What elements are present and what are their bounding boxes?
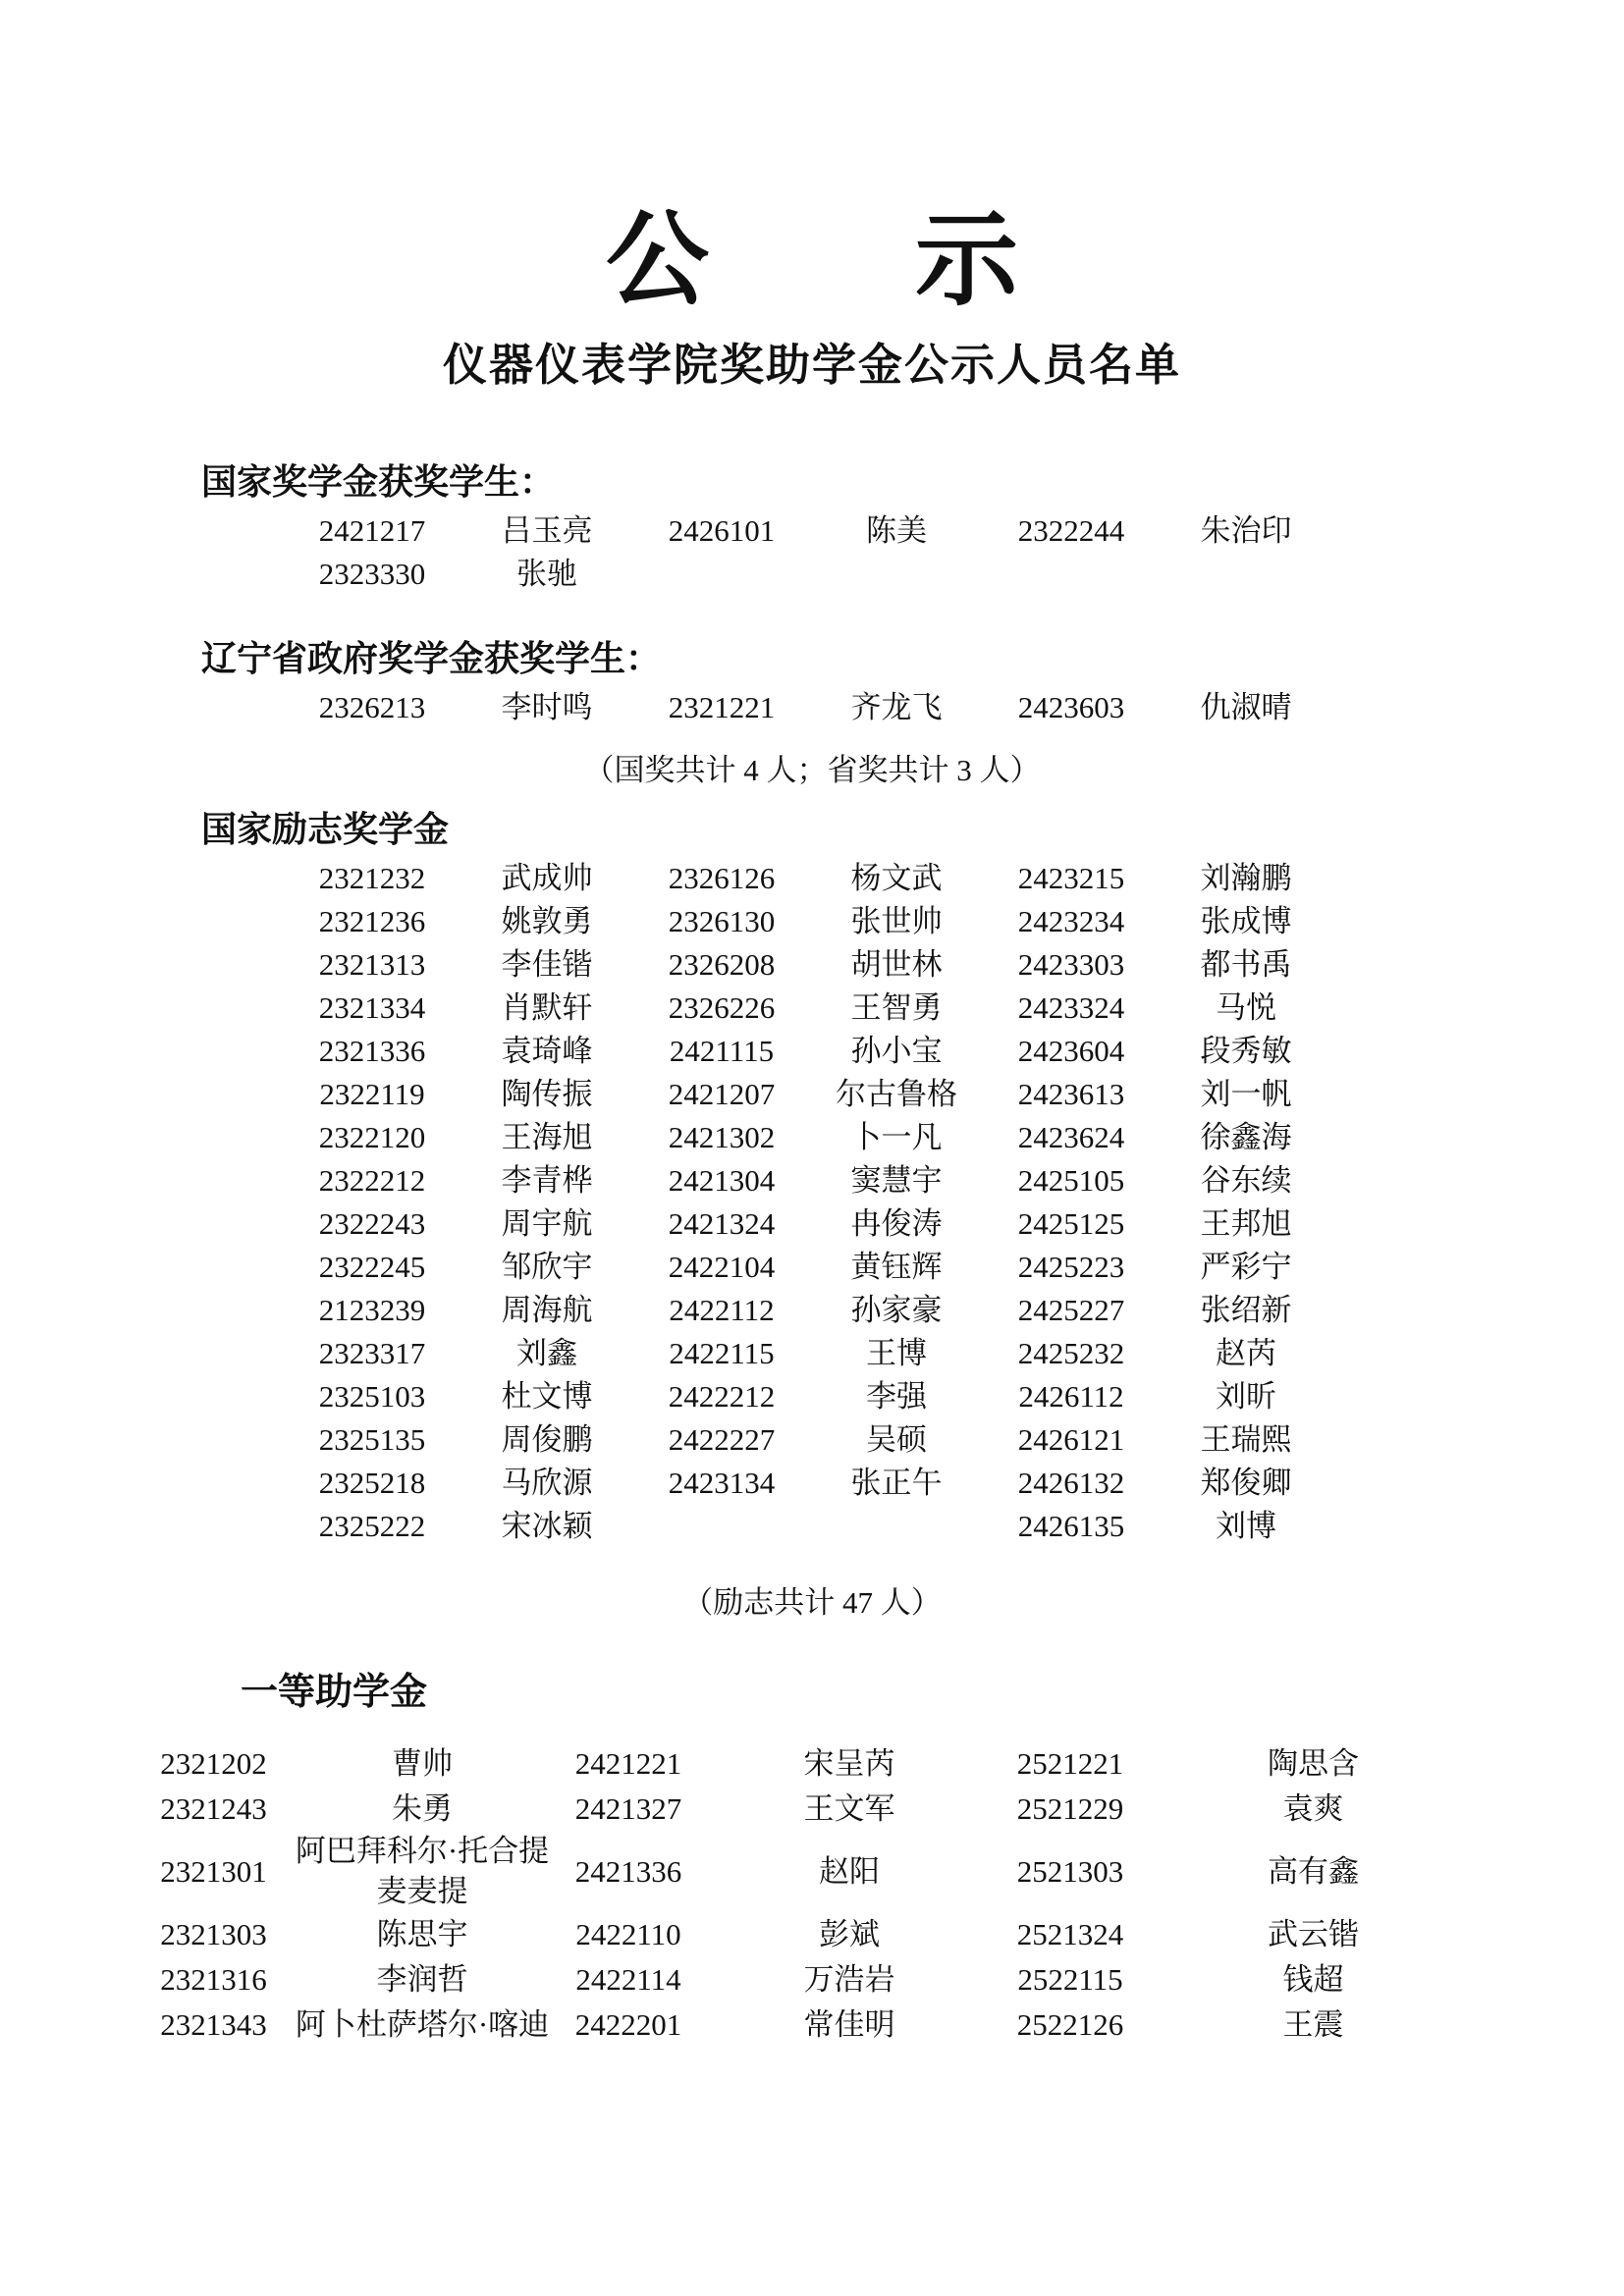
student-name: 黄钰辉 — [809, 1246, 984, 1289]
student-id: 2421327 — [555, 1789, 702, 1829]
student-name — [809, 1505, 984, 1548]
student-name: 胡世林 — [809, 943, 984, 987]
student-id: 2426101 — [634, 509, 809, 553]
student-id: 2325135 — [285, 1418, 460, 1462]
table-row: 2325218马欣源2423134张正午2426132郑俊卿 — [285, 1462, 1624, 1505]
student-name: 王震 — [1144, 2004, 1483, 2045]
student-name: 李佳锴 — [460, 943, 634, 987]
student-id: 2421221 — [555, 1743, 702, 1784]
student-name: 阿巴拜科尔·托合提麦麦提 — [290, 1831, 555, 1911]
table-row: 2321343阿卜杜萨塔尔·喀迪2422201常佳明2522126王震 — [137, 2002, 1624, 2047]
student-id: 2321236 — [285, 900, 460, 943]
table-row: 2321303陈思宇2422110彭斌2521324武云锴 — [137, 1911, 1624, 1956]
student-id: 2323317 — [285, 1332, 460, 1375]
student-id: 2422227 — [634, 1418, 809, 1462]
table-row: 2321202曹帅2421221宋呈芮2521221陶思含 — [137, 1740, 1624, 1786]
student-id: 2425105 — [984, 1159, 1159, 1202]
student-name: 王博 — [809, 1332, 984, 1375]
student-id: 2423215 — [984, 857, 1159, 900]
student-id: 2426132 — [984, 1462, 1159, 1505]
table-row: 2321301阿巴拜科尔·托合提麦麦提2421336赵阳2521303高有鑫 — [137, 1831, 1624, 1911]
student-id: 2425227 — [984, 1289, 1159, 1332]
student-name: 杨文武 — [809, 857, 984, 900]
student-name: 马悦 — [1159, 987, 1333, 1030]
student-name: 齐龙飞 — [809, 686, 984, 729]
student-name: 李时鸣 — [460, 686, 634, 729]
student-name: 王智勇 — [809, 987, 984, 1030]
student-name: 高有鑫 — [1144, 1851, 1483, 1892]
student-id: 2521303 — [997, 1851, 1144, 1892]
student-name: 周海航 — [460, 1289, 634, 1332]
student-name: 郑俊卿 — [1159, 1462, 1333, 1505]
student-name: 都书禹 — [1159, 943, 1333, 987]
table-row: 2322119陶传振2421207尔古鲁格2423613刘一帆 — [285, 1073, 1624, 1116]
student-name: 尔古鲁格 — [809, 1073, 984, 1116]
student-id: 2421217 — [285, 509, 460, 553]
document-subtitle: 仪器仪表学院奖助学金公示人员名单 — [0, 337, 1624, 394]
table-row: 2325135周俊鹏2422227吴硕2426121王瑞熙 — [285, 1418, 1624, 1462]
student-name: 刘瀚鹏 — [1159, 857, 1333, 900]
student-name: 赵芮 — [1159, 1332, 1333, 1375]
student-id: 2325218 — [285, 1462, 460, 1505]
table-row: 2322243周宇航2421324冉俊涛2425125王邦旭 — [285, 1202, 1624, 1246]
table-row: 2322245邹欣宇2422104黄钰辉2425223严彩宁 — [285, 1246, 1624, 1289]
table-row: 2321313李佳锴2326208胡世林2423303都书禹 — [285, 943, 1624, 987]
student-name: 曹帅 — [290, 1743, 555, 1784]
student-name: 李青桦 — [460, 1159, 634, 1202]
student-id: 2322244 — [984, 509, 1159, 553]
table-row: 2321236姚敦勇2326130张世帅2423234张成博 — [285, 900, 1624, 943]
student-name: 张驰 — [460, 553, 634, 596]
student-id: 2421336 — [555, 1851, 702, 1892]
student-name: 肖默轩 — [460, 987, 634, 1030]
student-id: 2326226 — [634, 987, 809, 1030]
student-id: 2322119 — [285, 1073, 460, 1116]
student-name: 袁爽 — [1144, 1789, 1483, 1829]
student-id: 2426112 — [984, 1375, 1159, 1418]
student-id: 2421324 — [634, 1202, 809, 1246]
table-row: 2321316李润哲2422114万浩岩2522115钱超 — [137, 1956, 1624, 2002]
student-name: 宋冰颖 — [460, 1505, 634, 1548]
student-name: 谷东续 — [1159, 1159, 1333, 1202]
student-name: 王邦旭 — [1159, 1202, 1333, 1246]
student-name: 段秀敏 — [1159, 1030, 1333, 1073]
table-row: 2322120王海旭2421302卜一凡2423624徐鑫海 — [285, 1116, 1624, 1159]
student-id: 2321303 — [137, 1914, 290, 1954]
student-name: 冉俊涛 — [809, 1202, 984, 1246]
student-name: 马欣源 — [460, 1462, 634, 1505]
student-id: 2423324 — [984, 987, 1159, 1030]
student-id: 2321202 — [137, 1743, 290, 1784]
student-name: 王海旭 — [460, 1116, 634, 1159]
student-name: 杜文博 — [460, 1375, 634, 1418]
table-row: 2321336袁琦峰2421115孙小宝2423604段秀敏 — [285, 1030, 1624, 1073]
student-name: 卜一凡 — [809, 1116, 984, 1159]
student-name: 李强 — [809, 1375, 984, 1418]
student-id: 2423604 — [984, 1030, 1159, 1073]
encouragement-scholarship-table: 2321232武成帅2326126杨文武2423215刘瀚鹏2321236姚敦勇… — [0, 857, 1624, 1548]
student-id: 2421302 — [634, 1116, 809, 1159]
student-id: 2326213 — [285, 686, 460, 729]
student-id: 2423603 — [984, 686, 1159, 729]
student-name: 仇淑晴 — [1159, 686, 1333, 729]
student-name: 陶传振 — [460, 1073, 634, 1116]
student-name: 吴硕 — [809, 1418, 984, 1462]
student-id: 2322120 — [285, 1116, 460, 1159]
provincial-scholarship-table: 2326213李时鸣2321221齐龙飞2423603仇淑晴 — [0, 686, 1624, 729]
student-id: 2422115 — [634, 1332, 809, 1375]
student-id: 2422212 — [634, 1375, 809, 1418]
student-id: 2326208 — [634, 943, 809, 987]
student-name: 刘昕 — [1159, 1375, 1333, 1418]
student-name — [809, 553, 984, 596]
section-heading-national-scholarship: 国家奖学金获奖学生： — [201, 458, 1624, 506]
student-name: 赵阳 — [702, 1851, 997, 1892]
student-id: 2423134 — [634, 1462, 809, 1505]
student-id: 2323330 — [285, 553, 460, 596]
student-name — [1159, 553, 1333, 596]
student-id: 2322245 — [285, 1246, 460, 1289]
student-name: 窦慧宇 — [809, 1159, 984, 1202]
first-class-grant-table: 2321202曹帅2421221宋呈芮2521221陶思含2321243朱勇24… — [0, 1740, 1624, 2047]
student-id: 2321221 — [634, 686, 809, 729]
table-row: 2323330张驰 — [285, 553, 1624, 596]
counts-note-national-provincial: （国奖共计 4 人；省奖共计 3 人） — [0, 751, 1624, 790]
student-id: 2423303 — [984, 943, 1159, 987]
student-id: 2422112 — [634, 1289, 809, 1332]
student-id: 2521324 — [997, 1914, 1144, 1954]
table-row: 2123239周海航2422112孙家豪2425227张绍新 — [285, 1289, 1624, 1332]
student-id — [634, 1505, 809, 1548]
student-name: 陈美 — [809, 509, 984, 553]
table-row: 2322212李青桦2421304窦慧宇2425105谷东续 — [285, 1159, 1624, 1202]
student-name: 钱超 — [1144, 1959, 1483, 2000]
student-name: 宋呈芮 — [702, 1743, 997, 1784]
student-name: 张绍新 — [1159, 1289, 1333, 1332]
counts-note-encouragement: （励志共计 47 人） — [0, 1583, 1624, 1623]
student-name: 陈思宇 — [290, 1914, 555, 1954]
student-id: 2421115 — [634, 1030, 809, 1073]
student-name: 孙小宝 — [809, 1030, 984, 1073]
document-title: 公 示 — [0, 0, 1624, 327]
student-id: 2426135 — [984, 1505, 1159, 1548]
student-id: 2521221 — [997, 1743, 1144, 1784]
section-heading-first-class-grant: 一等助学金 — [241, 1668, 1624, 1717]
student-id: 2422114 — [555, 1959, 702, 2000]
national-scholarship-table: 2421217吕玉亮2426101陈美2322244朱治印2323330张驰 — [0, 509, 1624, 596]
student-id: 2321313 — [285, 943, 460, 987]
student-id: 2322243 — [285, 1202, 460, 1246]
student-name: 袁琦峰 — [460, 1030, 634, 1073]
student-id: 2123239 — [285, 1289, 460, 1332]
student-id: 2326126 — [634, 857, 809, 900]
student-id: 2322212 — [285, 1159, 460, 1202]
student-name: 王瑞熙 — [1159, 1418, 1333, 1462]
student-name: 周俊鹏 — [460, 1418, 634, 1462]
student-id: 2426121 — [984, 1418, 1159, 1462]
student-id: 2326130 — [634, 900, 809, 943]
student-id: 2321316 — [137, 1959, 290, 2000]
student-id: 2425232 — [984, 1332, 1159, 1375]
student-name: 张正午 — [809, 1462, 984, 1505]
student-id: 2522126 — [997, 2004, 1144, 2045]
student-id: 2422110 — [555, 1914, 702, 1954]
student-name: 徐鑫海 — [1159, 1116, 1333, 1159]
table-row: 2325103杜文博2422212李强2426112刘昕 — [285, 1375, 1624, 1418]
student-name: 邹欣宇 — [460, 1246, 634, 1289]
table-row: 2323317刘鑫2422115王博2425232赵芮 — [285, 1332, 1624, 1375]
student-id: 2321232 — [285, 857, 460, 900]
student-name: 姚敦勇 — [460, 900, 634, 943]
table-row: 2321334肖默轩2326226王智勇2423324马悦 — [285, 987, 1624, 1030]
student-name: 彭斌 — [702, 1914, 997, 1954]
student-name: 严彩宁 — [1159, 1246, 1333, 1289]
student-name: 吕玉亮 — [460, 509, 634, 553]
section-heading-encouragement-scholarship: 国家励志奖学金 — [201, 806, 1624, 853]
student-id: 2421304 — [634, 1159, 809, 1202]
student-id: 2321336 — [285, 1030, 460, 1073]
student-id: 2422104 — [634, 1246, 809, 1289]
announcement-document: 公 示 仪器仪表学院奖助学金公示人员名单 国家奖学金获奖学生： 2421217吕… — [0, 0, 1624, 2296]
student-name: 刘一帆 — [1159, 1073, 1333, 1116]
table-row: 2421217吕玉亮2426101陈美2322244朱治印 — [285, 509, 1624, 553]
student-id: 2425223 — [984, 1246, 1159, 1289]
student-name: 陶思含 — [1144, 1743, 1483, 1784]
student-id: 2325222 — [285, 1505, 460, 1548]
student-name: 阿卜杜萨塔尔·喀迪 — [290, 2004, 555, 2045]
table-row: 2326213李时鸣2321221齐龙飞2423603仇淑晴 — [285, 686, 1624, 729]
student-id: 2321301 — [137, 1851, 290, 1892]
student-id: 2425125 — [984, 1202, 1159, 1246]
student-id: 2423613 — [984, 1073, 1159, 1116]
student-name: 常佳明 — [702, 2004, 997, 2045]
student-id — [634, 553, 809, 596]
student-id: 2321334 — [285, 987, 460, 1030]
student-id: 2321343 — [137, 2004, 290, 2045]
student-id: 2423234 — [984, 900, 1159, 943]
section-heading-provincial-scholarship: 辽宁省政府奖学金获奖学生： — [201, 635, 1624, 682]
student-id: 2422201 — [555, 2004, 702, 2045]
student-id: 2325103 — [285, 1375, 460, 1418]
table-row: 2321243朱勇2421327王文军2521229袁爽 — [137, 1786, 1624, 1831]
student-name: 李润哲 — [290, 1959, 555, 2000]
student-name: 王文军 — [702, 1789, 997, 1829]
student-name: 武云锴 — [1144, 1914, 1483, 1954]
student-name: 张世帅 — [809, 900, 984, 943]
student-name: 朱勇 — [290, 1789, 555, 1829]
student-id: 2522115 — [997, 1959, 1144, 2000]
student-name: 武成帅 — [460, 857, 634, 900]
student-id: 2421207 — [634, 1073, 809, 1116]
student-name: 孙家豪 — [809, 1289, 984, 1332]
student-name: 刘鑫 — [460, 1332, 634, 1375]
table-row: 2325222宋冰颖2426135刘博 — [285, 1505, 1624, 1548]
student-name: 朱治印 — [1159, 509, 1333, 553]
student-name: 周宇航 — [460, 1202, 634, 1246]
student-name: 刘博 — [1159, 1505, 1333, 1548]
student-name: 万浩岩 — [702, 1959, 997, 2000]
student-id: 2423624 — [984, 1116, 1159, 1159]
student-id — [984, 553, 1159, 596]
student-name: 张成博 — [1159, 900, 1333, 943]
table-row: 2321232武成帅2326126杨文武2423215刘瀚鹏 — [285, 857, 1624, 900]
student-id: 2521229 — [997, 1789, 1144, 1829]
student-id: 2321243 — [137, 1789, 290, 1829]
